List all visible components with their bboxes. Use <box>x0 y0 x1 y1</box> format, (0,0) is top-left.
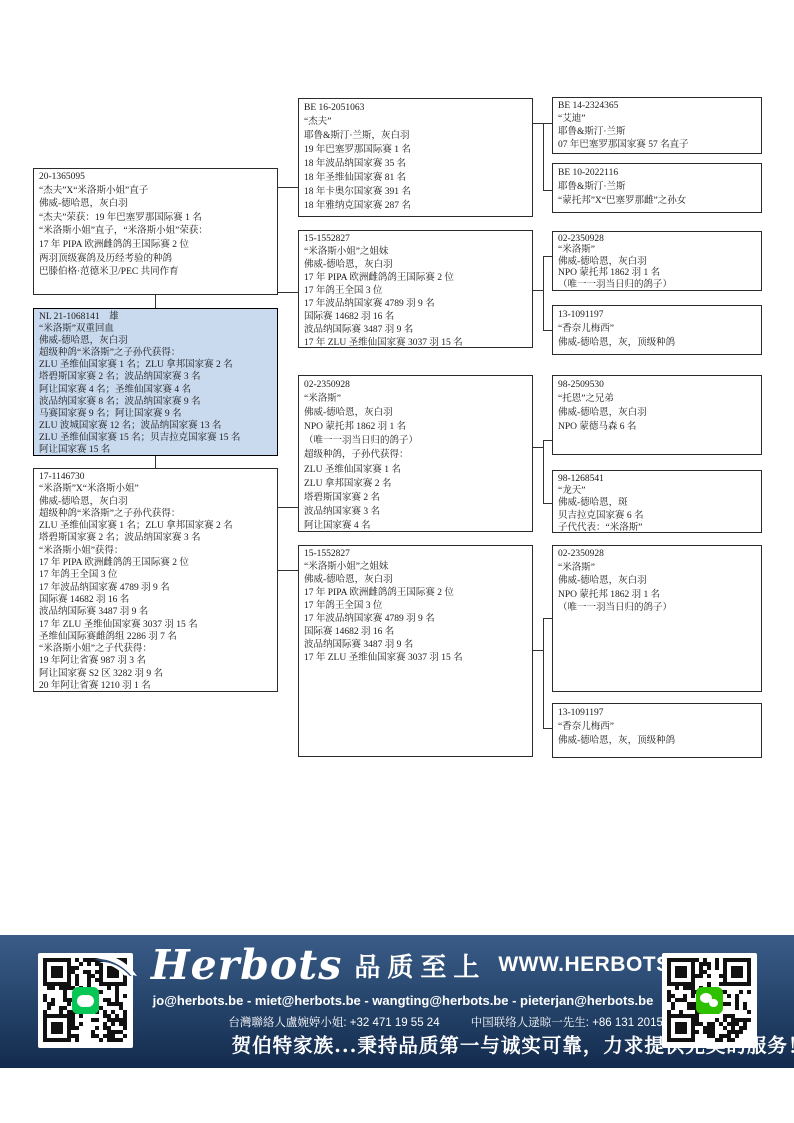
contact-taiwan: 台灣聯絡人盧婉婷小姐: +32 471 19 55 24 <box>228 1017 439 1029</box>
pedigree-box-sire-dam: 15-1552827“米洛斯小姐”之姐妹佛威-德哈恩，灰白羽17 年 PIPA … <box>298 230 533 348</box>
pedigree-box-gen3-4: 13-1091197“香奈儿梅西”佛威-德哈恩，灰，顶级种鸽 <box>552 305 762 355</box>
contact-phones: 台灣聯絡人盧婉婷小姐: +32 471 19 55 24 中国联络人逯晾一先生:… <box>214 1014 705 1030</box>
contact-emails: jo@herbots.be - miet@herbots.be - wangti… <box>153 993 654 1008</box>
footer-banner: Herbots 品质至上 WWW.HERBOTS.BE jo@herbots.b… <box>0 935 794 1068</box>
connector-line <box>543 728 552 729</box>
brand-row: Herbots 品质至上 WWW.HERBOTS.BE <box>87 943 707 987</box>
connector-line <box>543 440 552 441</box>
connector-line <box>543 256 544 331</box>
pedigree-box-sire-sire: BE 16-2051063“杰夫”耶鲁&斯汀·兰斯，灰白羽19 年巴塞罗那国际赛… <box>298 98 533 217</box>
pedigree-box-gen3-7: 02-2350928“米洛斯”佛威-德哈恩，灰白羽NPO 蒙托邦 1862 羽 … <box>552 545 762 692</box>
connector-line <box>543 123 544 191</box>
connector-line <box>533 447 543 448</box>
connector-line <box>543 618 544 729</box>
connector-line <box>543 330 552 331</box>
pedigree-box-sire: 20-1365095“杰夫”X“米洛斯小姐”直子佛威-德哈恩，灰白羽“杰夫”荣获… <box>33 168 278 295</box>
line-icon <box>72 987 99 1014</box>
connector-line <box>543 503 552 504</box>
pedigree-document-page: 20-1365095“杰夫”X“米洛斯小姐”直子佛威-德哈恩，灰白羽“杰夫”荣获… <box>0 0 794 1123</box>
connector-line <box>155 456 156 468</box>
pedigree-box-dam: 17-1146730“米洛斯”X“米洛斯小姐”佛威-德哈恩，灰白羽超级种鸽“米洛… <box>33 468 278 692</box>
contact-china: 中国联络人逯晾一先生: +86 131 2015 0755 <box>471 1017 692 1029</box>
connector-line <box>543 618 552 619</box>
pedigree-box-gen3-3: 02-2350928“米洛斯”佛威-德哈恩，灰白羽NPO 蒙托邦 1862 羽 … <box>552 231 762 291</box>
brand-logo-text: Herbots <box>151 943 342 987</box>
pedigree-box-subject: NL 21-1068141 雄“米洛斯”双重回血佛威-德哈恩，灰白羽超级种鸽“米… <box>33 308 278 456</box>
connector-line <box>543 190 552 191</box>
connector-line <box>533 650 543 651</box>
pedigree-box-gen3-1: BE 14-2324365“艾迪”耶鲁&斯汀·兰斯07 年巴塞罗那国家赛 57 … <box>552 97 762 154</box>
brand-tagline: 品质至上 <box>354 947 486 984</box>
pedigree-box-gen3-5: 98-2509530“托恩”之兄弟佛威-德哈恩，灰白羽NPO 蒙德马森 6 名 <box>552 375 762 455</box>
wing-icon <box>87 950 139 980</box>
connector-line <box>278 292 298 293</box>
connector-line <box>278 570 298 571</box>
connector-line <box>543 256 552 257</box>
connector-line <box>533 290 543 291</box>
pedigree-box-dam-dam: 15-1552827“米洛斯小姐”之姐妹佛威-德哈恩，灰白羽17 年 PIPA … <box>298 545 533 757</box>
connector-line <box>278 507 298 508</box>
connector-line <box>155 295 156 308</box>
connector-line <box>278 187 298 188</box>
pedigree-box-dam-sire: 02-2350928“米洛斯”佛威-德哈恩，灰白羽NPO 蒙托邦 1862 羽 … <box>298 375 533 532</box>
pedigree-box-gen3-8: 13-1091197“香奈儿梅西”佛威-德哈恩，灰，顶级种鸽 <box>552 703 762 758</box>
wechat-icon <box>696 987 723 1014</box>
pedigree-box-gen3-2: BE 10-2022116耶鲁&斯汀·兰斯“蒙托邦”X“巴塞罗那雌”之孙女 <box>552 163 762 213</box>
wechat-qr-code <box>662 953 757 1048</box>
connector-line <box>543 440 544 504</box>
pedigree-box-gen3-6: 98-1268541“龙天”佛威-德哈恩，斑贝吉拉克国家赛 6 名子代代表：“米… <box>552 470 762 533</box>
